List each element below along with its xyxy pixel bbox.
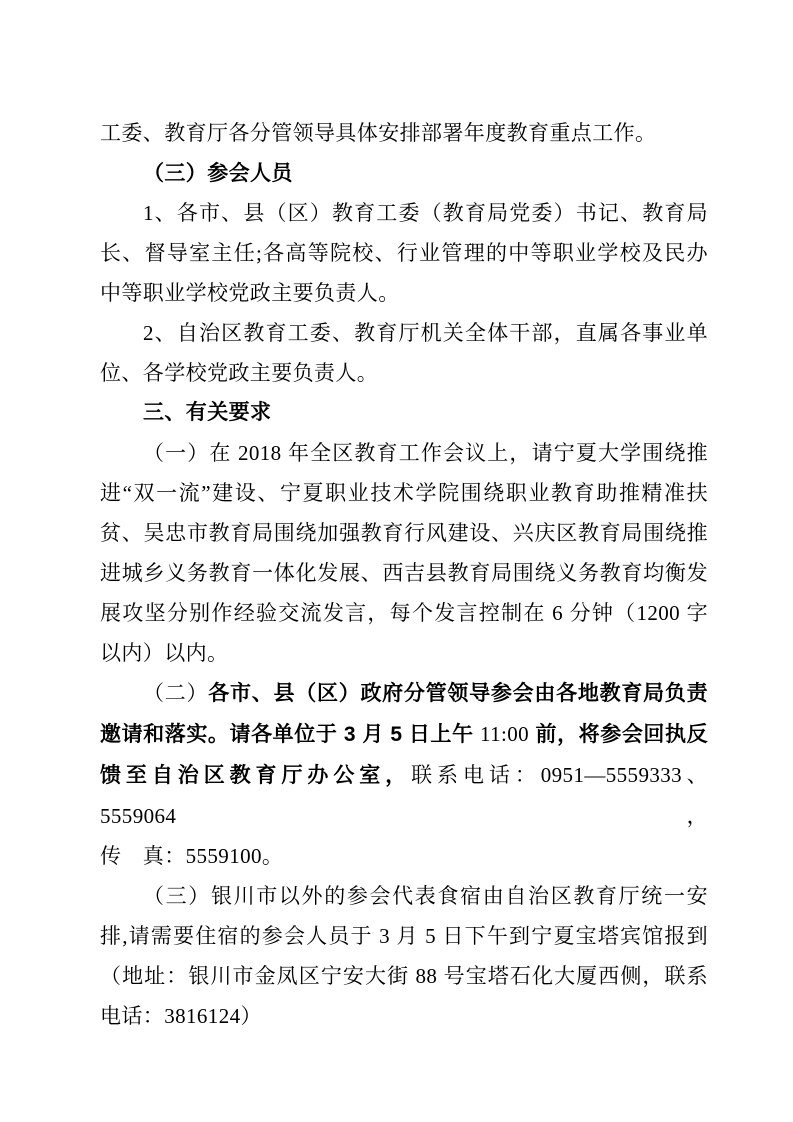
text-line: 以内）以内。 [100, 633, 708, 673]
text-segment: 1、各市、县（区）教育工委（教育局党委）书记、教育局 [143, 201, 708, 225]
text-segment: 工委、教育厅各分管领导具体安排部署年度教育重点工作。 [100, 121, 656, 145]
text-segment: 11:00 [480, 722, 529, 746]
text-line: 1、各市、县（区）教育工委（教育局党委）书记、教育局 [100, 193, 708, 233]
text-segment: 各市、县（区）政府分管领导参会由各地教育局负责 [208, 682, 708, 705]
text-segment: （一）在 2018 年全区教育工作会议上，请宁夏大学围绕推 [143, 441, 708, 465]
text-line: （三）银川市以外的参会代表食宿由自治区教育厅统一安 [100, 876, 708, 916]
text-line: 进城乡义务教育一体化发展、西吉县教育局围绕义务教育均衡发 [100, 553, 708, 593]
text-segment: 进城乡义务教育一体化发展、西吉县教育局围绕义务教育均衡发 [100, 561, 708, 585]
text-line: 2、自治区教育工委、教育厅机关全体干部，直属各事业单 [100, 313, 708, 353]
text-line: 馈至自治区教育厅办公室，联系电话：0951—5559333、5559064， [100, 755, 708, 836]
text-segment: 传 真：5559100。 [100, 844, 283, 868]
text-segment: 贫、吴忠市教育局围绕加强教育行风建设、兴庆区教育局围绕推 [100, 521, 708, 545]
text-segment: 中等职业学校党政主要负责人。 [100, 281, 400, 305]
text-line: 传 真：5559100。 [100, 836, 708, 876]
text-line: 展攻坚分别作经验交流发言，每个发言控制在 6 分钟（1200 字 [100, 593, 708, 633]
text-segment: 进“双一流”建设、宁夏职业技术学院围绕职业教育助推精准扶 [100, 481, 708, 505]
text-segment: 三、有关要求 [143, 401, 271, 424]
text-line: 位、各学校党政主要负责人。 [100, 353, 708, 393]
text-segment: （三）银川市以外的参会代表食宿由自治区教育厅统一安 [143, 884, 708, 908]
text-line: （一）在 2018 年全区教育工作会议上，请宁夏大学围绕推 [100, 433, 708, 473]
text-segment: 电话：3816124） [100, 1004, 262, 1028]
text-line: 贫、吴忠市教育局围绕加强教育行风建设、兴庆区教育局围绕推 [100, 513, 708, 553]
text-segment: 馈至自治区教育厅办公室， [100, 764, 411, 787]
text-line: 电话：3816124） [100, 996, 708, 1036]
text-line: （地址：银川市金凤区宁安大街 88 号宝塔石化大厦西侧，联系 [100, 956, 708, 996]
text-segment: （三）参会人员 [143, 161, 293, 185]
text-line: 长、督导室主任;各高等院校、行业管理的中等职业学校及民办 [100, 233, 708, 273]
text-line: 邀请和落实。请各单位于 3 月 5 日上午 11:00 前，将参会回执反 [100, 714, 708, 755]
text-segment: 前，将参会回执反 [529, 723, 708, 746]
text-line: 中等职业学校党政主要负责人。 [100, 273, 708, 313]
text-line: 排,请需要住宿的参会人员于 3 月 5 日下午到宁夏宝塔宾馆报到 [100, 916, 708, 956]
text-line: 进“双一流”建设、宁夏职业技术学院围绕职业教育助推精准扶 [100, 473, 708, 513]
text-segment: 长、督导室主任;各高等院校、行业管理的中等职业学校及民办 [100, 241, 708, 265]
text-segment: （地址：银川市金凤区宁安大街 88 号宝塔石化大厦西侧，联系 [100, 964, 708, 988]
section-heading: （三）参会人员 [100, 153, 708, 193]
document-body: 工委、教育厅各分管领导具体安排部署年度教育重点工作。（三）参会人员1、各市、县（… [100, 113, 708, 1036]
text-segment: 展攻坚分别作经验交流发言，每个发言控制在 6 分钟（1200 字 [100, 601, 708, 625]
document-page: 工委、教育厅各分管领导具体安排部署年度教育重点工作。（三）参会人员1、各市、县（… [0, 0, 793, 1122]
text-segment: 排,请需要住宿的参会人员于 3 月 5 日下午到宁夏宝塔宾馆报到 [100, 924, 708, 948]
text-segment: 位、各学校党政主要负责人。 [100, 361, 378, 385]
text-segment: 2、自治区教育工委、教育厅机关全体干部，直属各事业单 [143, 321, 708, 345]
text-segment: 邀请和落实。请各单位于 3 月 5 日上午 [100, 723, 480, 746]
text-segment: 以内）以内。 [100, 641, 228, 665]
text-segment: （二） [143, 681, 208, 705]
text-line: （二）各市、县（区）政府分管领导参会由各地教育局负责 [100, 673, 708, 714]
section-heading: 三、有关要求 [100, 393, 708, 433]
text-line: 工委、教育厅各分管领导具体安排部署年度教育重点工作。 [100, 113, 708, 153]
